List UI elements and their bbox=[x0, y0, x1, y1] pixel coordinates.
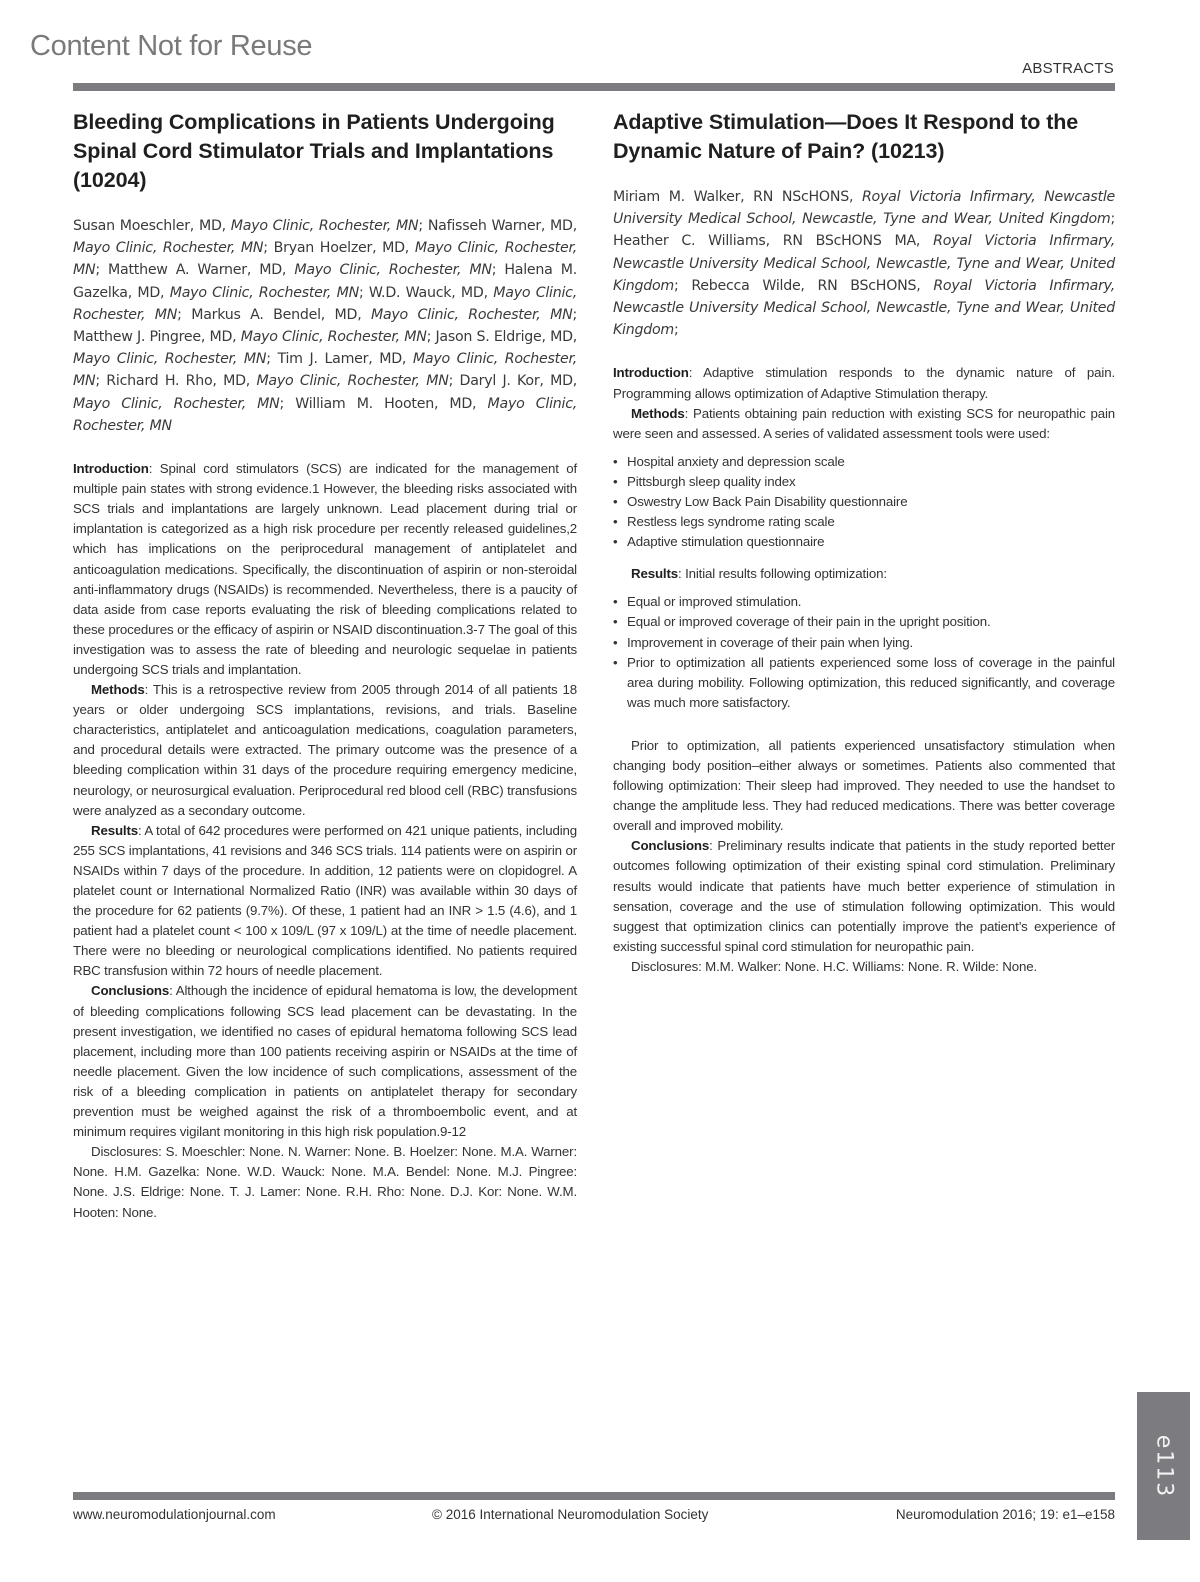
author-name: Bryan Hoelzer, MD, bbox=[274, 240, 415, 256]
list-item: Hospital anxiety and depression scale bbox=[613, 452, 1115, 472]
conclusions-label: Conclusions bbox=[91, 983, 169, 998]
author-list: Miriam M. Walker, RN NScHONS, Royal Vict… bbox=[613, 186, 1115, 341]
section-label: ABSTRACTS bbox=[1022, 60, 1114, 77]
conclusions-paragraph: Conclusions: Although the incidence of e… bbox=[73, 981, 577, 1142]
footer-rule bbox=[73, 1492, 1115, 1500]
methods-label: Methods bbox=[91, 682, 145, 697]
author-name: Markus A. Bendel, MD, bbox=[191, 307, 371, 323]
abstract-body: Introduction: Spinal cord stimulators (S… bbox=[73, 459, 577, 1223]
author-name: Jason S. Eldrige, MD, bbox=[435, 329, 577, 345]
author-name: William M. Hooten, MD, bbox=[295, 396, 487, 412]
abstract-title: Adaptive Stimulation—Does It Respond to … bbox=[613, 108, 1115, 166]
introduction-label: Introduction bbox=[613, 365, 689, 380]
author-name: Rebecca Wilde, RN BScHONS, bbox=[691, 278, 933, 294]
disclosures-paragraph: Disclosures: S. Moeschler: None. N. Warn… bbox=[73, 1142, 577, 1222]
author-name: Richard H. Rho, MD, bbox=[106, 373, 256, 389]
conclusions-label: Conclusions bbox=[631, 838, 709, 853]
journal-website-link[interactable]: www.neuromodulationjournal.com bbox=[73, 1507, 276, 1522]
methods-paragraph: Methods: This is a retrospective review … bbox=[73, 680, 577, 821]
copyright-notice: © 2016 International Neuromodulation Soc… bbox=[432, 1507, 708, 1522]
list-item: Restless legs syndrome rating scale bbox=[613, 512, 1115, 532]
header-rule bbox=[73, 83, 1115, 91]
results-paragraph: Results: Initial results following optim… bbox=[613, 564, 1115, 584]
list-item: Prior to optimization all patients exper… bbox=[613, 653, 1115, 713]
results-label: Results bbox=[631, 566, 678, 581]
journal-citation: Neuromodulation 2016; 19: e1–e158 bbox=[896, 1507, 1115, 1522]
spacer bbox=[613, 725, 1115, 736]
introduction-paragraph: Introduction: Spinal cord stimulators (S… bbox=[73, 459, 577, 680]
disclosures-paragraph: Disclosures: M.M. Walker: None. H.C. Wil… bbox=[613, 957, 1115, 977]
page-number-tab: e113 bbox=[1137, 1392, 1190, 1540]
author-name: Heather C. Williams, RN BScHONS MA, bbox=[613, 233, 933, 249]
author-name: Miriam M. Walker, RN NScHONS, bbox=[613, 189, 862, 205]
introduction-paragraph: Introduction: Adaptive stimulation respo… bbox=[613, 363, 1115, 403]
list-item: Equal or improved stimulation. bbox=[613, 592, 1115, 612]
results-label: Results bbox=[91, 823, 138, 838]
author-affiliation: Mayo Clinic, Rochester, MN bbox=[231, 218, 419, 234]
list-item: Oswestry Low Back Pain Disability questi… bbox=[613, 492, 1115, 512]
author-affiliation: Mayo Clinic, Rochester, MN bbox=[371, 307, 572, 323]
results-list: Equal or improved stimulation. Equal or … bbox=[613, 592, 1115, 713]
results-paragraph: Results: A total of 642 procedures were … bbox=[73, 821, 577, 982]
author-affiliation: Mayo Clinic, Rochester, MN bbox=[73, 240, 263, 256]
author-name: Tim J. Lamer, MD, bbox=[278, 351, 413, 367]
right-abstract: Adaptive Stimulation—Does It Respond to … bbox=[613, 108, 1115, 977]
author-name: W.D. Wauck, MD, bbox=[369, 285, 493, 301]
methods-paragraph: Methods: Patients obtaining pain reducti… bbox=[613, 404, 1115, 444]
author-affiliation: Mayo Clinic, Rochester, MN bbox=[256, 373, 448, 389]
conclusions-paragraph: Conclusions: Preliminary results indicat… bbox=[613, 836, 1115, 957]
introduction-label: Introduction bbox=[73, 461, 149, 476]
page-number: e113 bbox=[1151, 1434, 1176, 1498]
author-name: Nafisseh Warner, MD, bbox=[428, 218, 577, 234]
author-name: Matthew J. Pingree, MD, bbox=[73, 329, 241, 345]
author-name: Matthew A. Warner, MD, bbox=[108, 262, 294, 278]
list-item: Adaptive stimulation questionnaire bbox=[613, 532, 1115, 552]
methods-label: Methods bbox=[631, 406, 685, 421]
author-name: Daryl J. Kor, MD, bbox=[460, 373, 577, 389]
left-abstract: Bleeding Complications in Patients Under… bbox=[73, 108, 577, 1223]
author-affiliation: Mayo Clinic, Rochester, MN bbox=[73, 396, 280, 412]
list-item: Equal or improved coverage of their pain… bbox=[613, 612, 1115, 632]
list-item: Improvement in coverage of their pain wh… bbox=[613, 633, 1115, 653]
list-item: Pittsburgh sleep quality index bbox=[613, 472, 1115, 492]
author-affiliation: Mayo Clinic, Rochester, MN bbox=[294, 262, 491, 278]
watermark: Content Not for Reuse bbox=[30, 30, 312, 63]
author-name: Susan Moeschler, MD, bbox=[73, 218, 231, 234]
assessment-tools-list: Hospital anxiety and depression scale Pi… bbox=[613, 452, 1115, 552]
author-affiliation: Mayo Clinic, Rochester, MN bbox=[241, 329, 427, 345]
author-affiliation: Mayo Clinic, Rochester, MN bbox=[73, 351, 266, 367]
prior-optimization-paragraph: Prior to optimization, all patients expe… bbox=[613, 736, 1115, 836]
abstract-body: Introduction: Adaptive stimulation respo… bbox=[613, 363, 1115, 977]
author-list: Susan Moeschler, MD, Mayo Clinic, Roches… bbox=[73, 215, 577, 437]
author-affiliation: Mayo Clinic, Rochester, MN bbox=[170, 285, 359, 301]
abstract-title: Bleeding Complications in Patients Under… bbox=[73, 108, 577, 195]
